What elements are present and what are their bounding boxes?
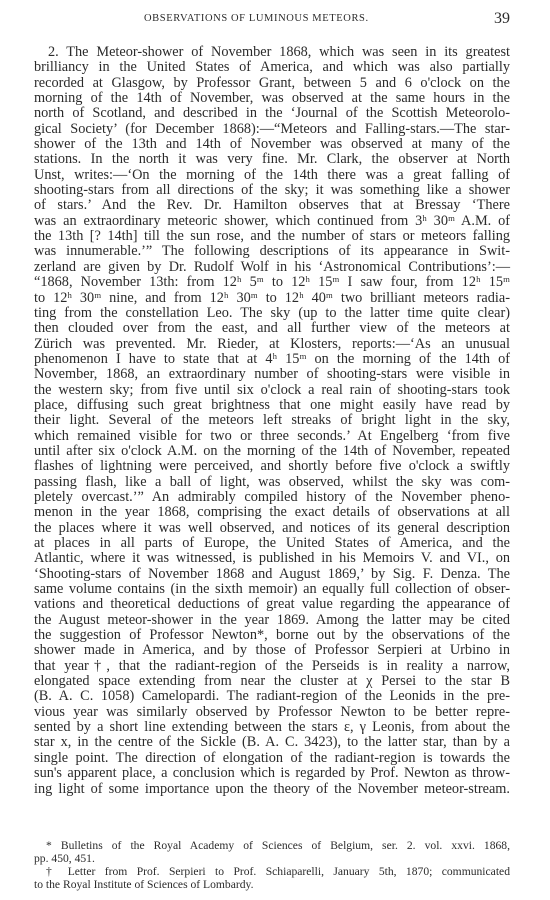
- text-line: the places where it was well observed, a…: [34, 521, 510, 536]
- text-line: ‘Shooting-stars of November 1868 and Aug…: [34, 567, 510, 582]
- text-line: Atlantic, where it was witnessed, is pub…: [34, 551, 510, 566]
- text-line: the 13th [? 14th] till the sun rose, and…: [34, 229, 510, 244]
- footnote-line: pp. 450, 451.: [34, 852, 510, 865]
- text-line: “1868, November 13th: from 12ʰ 5ᵐ to 12ʰ…: [34, 275, 510, 290]
- footnote-line: † Letter from Prof. Serpieri to Prof. Sc…: [34, 865, 510, 878]
- text-line: elongated space extending from near the …: [34, 674, 510, 689]
- text-line: shower made in America, and by those of …: [34, 643, 510, 658]
- page-number: 39: [494, 10, 510, 28]
- text-line: their light. Several of the meteors left…: [34, 413, 510, 428]
- text-line: zerland are given by Dr. Rudolf Wolf in …: [34, 260, 510, 275]
- text-line: shower of the 13th and 14th of November …: [34, 137, 510, 152]
- running-title: Observations of Luminous Meteors.: [144, 13, 369, 24]
- page-header: Observations of Luminous Meteors. 39: [34, 10, 510, 30]
- text-line: the August meteor-shower in the year 186…: [34, 613, 510, 628]
- text-line: passing flash, like a ball of light, was…: [34, 475, 510, 490]
- text-line: ing light of some importance upon the th…: [34, 782, 510, 797]
- text-line: north of Scotland, and described in the …: [34, 106, 510, 121]
- text-line: Zürich was prevented. Mr. Rieder, at Klo…: [34, 337, 510, 352]
- text-line: to 12ʰ 30ᵐ nine, and from 12ʰ 30ᵐ to 12ʰ…: [34, 291, 510, 306]
- text-line: was innumerable.’” The following descrip…: [34, 244, 510, 259]
- footnotes: * Bulletins of the Royal Academy of Scie…: [34, 839, 510, 891]
- text-line: gical Society’ (for December 1868):—“Met…: [34, 122, 510, 137]
- footnote-line: to the Royal Institute of Sciences of Lo…: [34, 878, 510, 891]
- footnote-line: * Bulletins of the Royal Academy of Scie…: [34, 839, 510, 852]
- text-line: phenomenon I have to state that at 4ʰ 15…: [34, 352, 510, 367]
- text-line: Unst, writes:—‘On the morning of the 14t…: [34, 168, 510, 183]
- text-line: 2. The Meteor-shower of November 1868, w…: [34, 45, 510, 60]
- text-line: stations. In the north it was very fine.…: [34, 152, 510, 167]
- text-line: until after six o'clock A.M. on the morn…: [34, 444, 510, 459]
- text-line: the western sky; from five until six o'c…: [34, 383, 510, 398]
- text-line: the suggestion of Professor Newton*, bor…: [34, 628, 510, 643]
- text-line: vations and theoretical deductions of gr…: [34, 597, 510, 612]
- text-line: that year†, that the radiant-region of t…: [34, 659, 510, 674]
- text-line: shooting-stars from all directions of th…: [34, 183, 510, 198]
- text-line: which remained visible for two or three …: [34, 429, 510, 444]
- text-line: ting from the constellation Leo. The sky…: [34, 306, 510, 321]
- text-line: pletely overcast.’” An admirably compile…: [34, 490, 510, 505]
- text-line: then clouded over from the east, and all…: [34, 321, 510, 336]
- body-paragraph: 2. The Meteor-shower of November 1868, w…: [34, 45, 510, 797]
- text-line: morning of the 14th of November, was obs…: [34, 91, 510, 106]
- text-line: single point. The direction of elongatio…: [34, 751, 510, 766]
- text-line: of stars.’ And the Rev. Dr. Hamilton obs…: [34, 198, 510, 213]
- text-line: (B. A. C. 1058) Camelopardi. The radiant…: [34, 689, 510, 704]
- text-line: brilliancy in the United States of Ameri…: [34, 60, 510, 75]
- text-line: vious year was similarly observed by Pro…: [34, 705, 510, 720]
- text-line: flashes of lightning were perceived, and…: [34, 459, 510, 474]
- text-line: menon in the year 1868, comprising the e…: [34, 505, 510, 520]
- text-line: was an extraordinary meteoric shower, wh…: [34, 214, 510, 229]
- text-line: sun's apparent place, a conclusion which…: [34, 766, 510, 781]
- text-line: sented by a short line extending between…: [34, 720, 510, 735]
- text-line: star x, in the centre of the Sickle (B. …: [34, 735, 510, 750]
- text-line: same volume contains (in the sixth memoi…: [34, 582, 510, 597]
- text-line: November, 1868, an extraordinary number …: [34, 367, 510, 382]
- text-line: place, diffusing such great brightness t…: [34, 398, 510, 413]
- text-line: recorded at Glasgow, by Professor Grant,…: [34, 76, 510, 91]
- text-line: at places in all parts of Europe, the Un…: [34, 536, 510, 551]
